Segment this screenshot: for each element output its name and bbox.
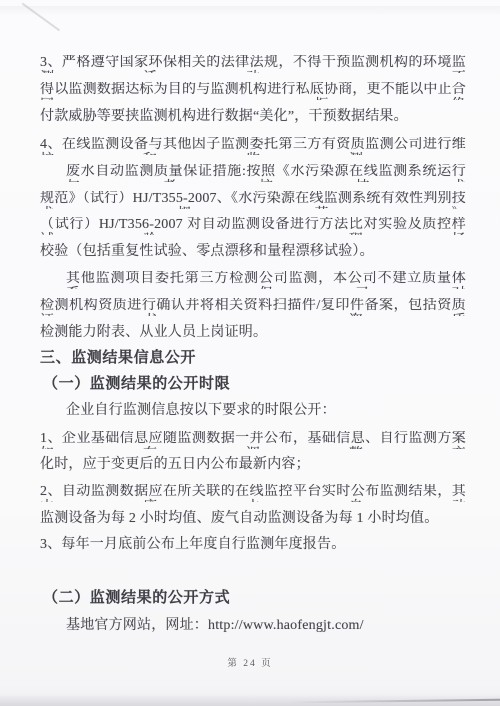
doc-line: （试行）HJ/T356-2007 对自动监测设备进行方法比对实验及质控样试验、现… bbox=[40, 217, 466, 235]
scan-crease bbox=[22, 3, 60, 31]
doc-line: 2、自动监测数据应在所关联的在线监控平台实时公布监测结果，其中废水自动 bbox=[40, 484, 466, 502]
doc-line: 其他监测项目委托第三方检测公司监测，本公司不建立质量体系，但已对 bbox=[66, 271, 466, 289]
doc-line: 监测设备为每 2 小时均值、废气自动监测设备为每 1 小时均值。 bbox=[40, 511, 466, 529]
doc-line: 废水自动监测质量保证措施:按照《水污染源在线监测系统运行与考核技术 bbox=[66, 164, 466, 182]
doc-line: 企业自行监测信息按以下要求的时限公开： bbox=[66, 403, 492, 421]
page-number: 第 24 页 bbox=[0, 655, 500, 669]
subsection-heading: （一）监测结果的公开时限 bbox=[43, 376, 469, 394]
scan-bottom-shadow bbox=[0, 694, 500, 706]
doc-line: 检测能力附表、从业人员上岗证明。 bbox=[40, 325, 466, 343]
doc-line: 得以监测数据达标为目的与监测机构进行私底协商，更不能以中止合同、拒绝 bbox=[40, 82, 466, 100]
doc-line: 化时，应于变更后的五日内公布最新内容； bbox=[40, 457, 466, 475]
doc-line: 规范》（试行）HJ/T355-2007、《水污染源在线监测系统有效性判别技术规范… bbox=[40, 191, 466, 209]
doc-line: 1、企业基础信息应随监测数据一并公布，基础信息、自行监测方案如有调整变 bbox=[40, 431, 466, 449]
scan-top-band bbox=[0, 6, 500, 16]
doc-line: 校验（包括重复性试验、零点漂移和量程漂移试验）。 bbox=[40, 244, 466, 262]
document-page: 3、严格遵守国家环保相关的法律法规，不得干预监测机构的环境监测活动，不 得以监测… bbox=[0, 0, 500, 706]
doc-line: 3、每年一月底前公布上年度自行监测年度报告。 bbox=[40, 537, 466, 555]
section-heading: 三、监测结果信息公开 bbox=[40, 350, 466, 368]
website-url-line: 基地官方网站，网址：http://www.haofengjt.com/ bbox=[66, 618, 492, 636]
doc-line: 3、严格遵守国家环保相关的法律法规，不得干预监测机构的环境监测活动，不 bbox=[40, 55, 466, 73]
scan-edge-line bbox=[289, 699, 500, 704]
doc-line: 检测机构资质进行确认并将相关资料扫描件/复印件备案，包括资质证书、资质 bbox=[40, 298, 466, 316]
doc-line: 付款威胁等要挟监测机构进行数据“美化”，干预数据结果。 bbox=[40, 109, 466, 127]
subsection-heading: （二）监测结果的公开方式 bbox=[43, 590, 469, 608]
doc-line: 4、在线监测设备与其他因子监测委托第三方有资质监测公司进行维护和监测。 bbox=[40, 137, 466, 155]
